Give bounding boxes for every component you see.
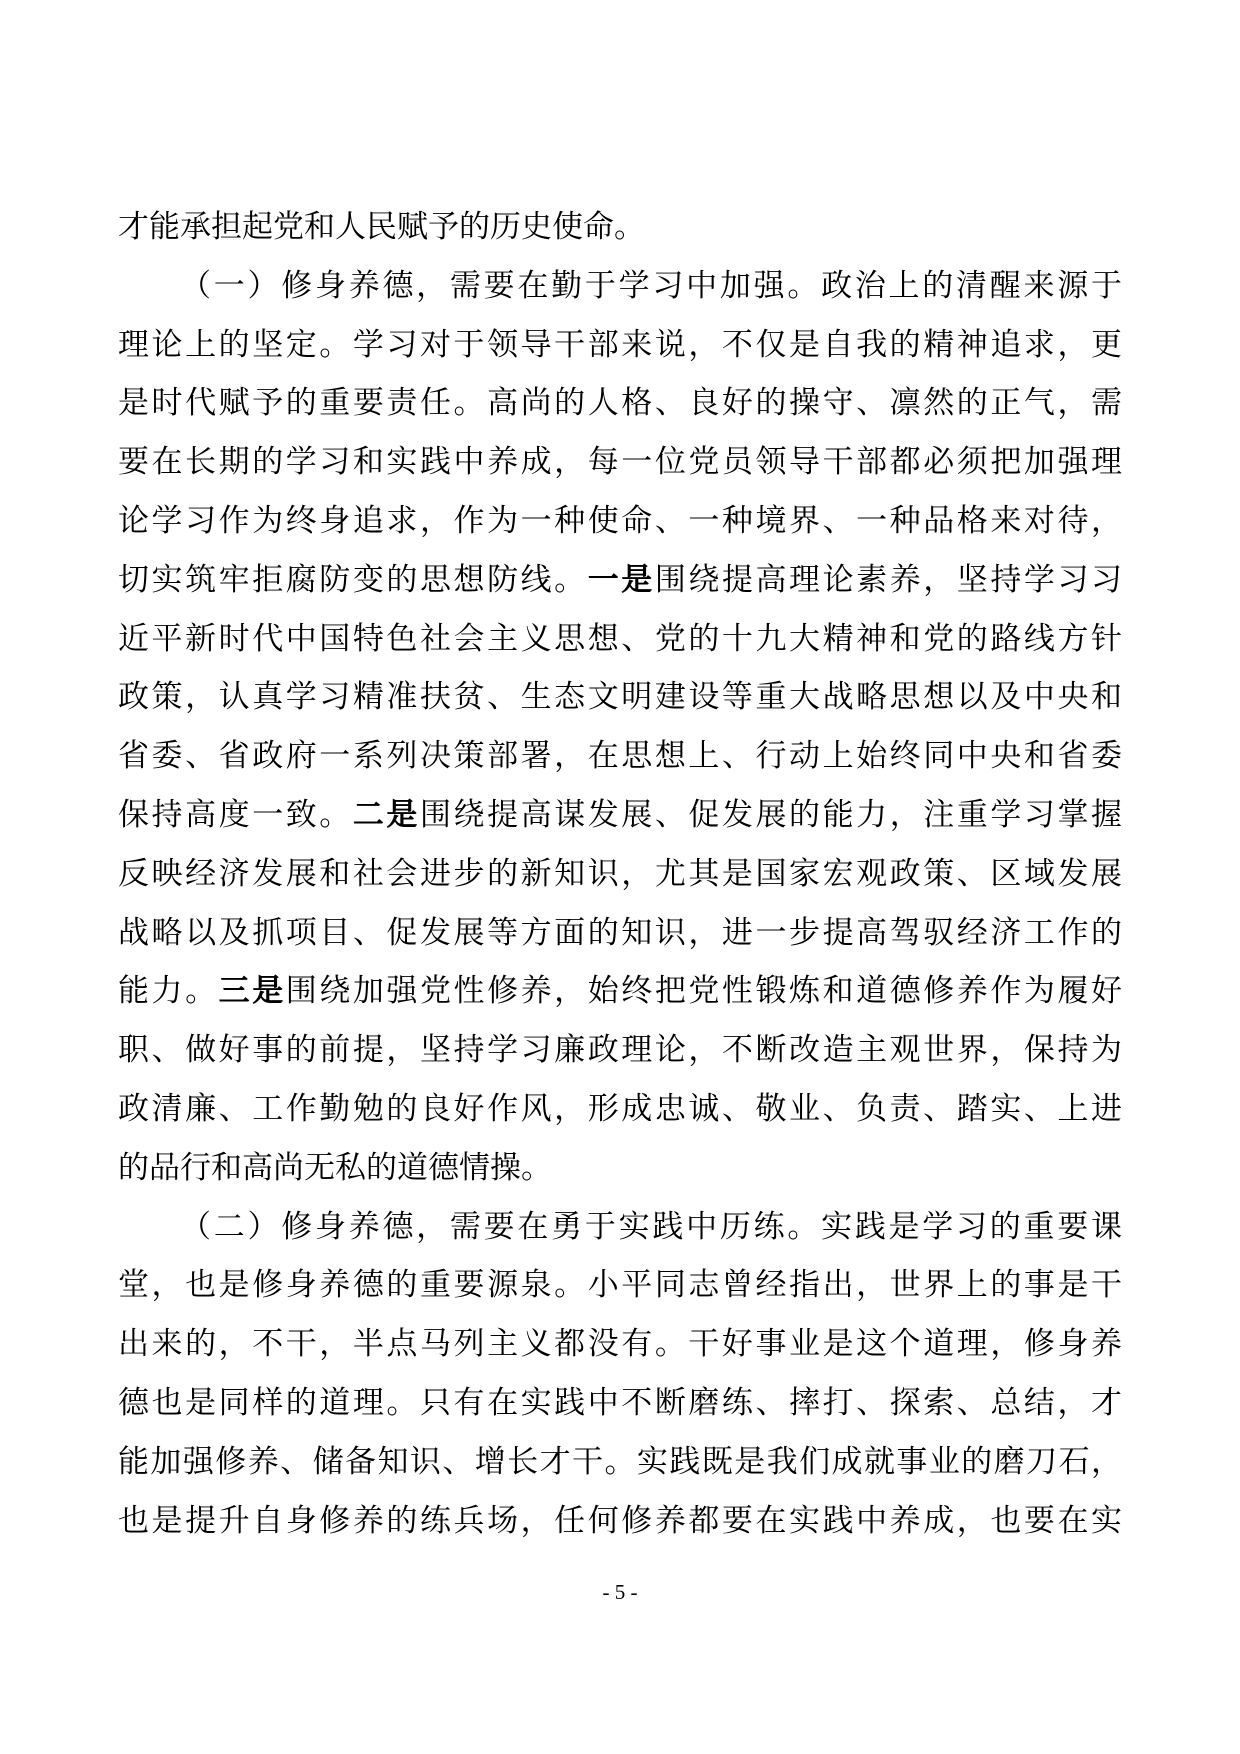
bold-run: 一是 [588, 562, 655, 597]
text-run: 围绕提高理论素养，坚持学习习 [655, 562, 1122, 597]
text-line: 能加强修养、储备知识、增长才干。实践既是我们成就事业的磨刀石， [118, 1433, 1122, 1492]
text-line: 政清廉、工作勤勉的良好作风，形成忠诚、敬业、负责、踏实、上进 [118, 1080, 1122, 1139]
text-line: （二）修身养德，需要在勇于实践中历练。实践是学习的重要课 [118, 1198, 1122, 1257]
text-line: 战略以及抓项目、促发展等方面的知识，进一步提高驾驭经济工作的 [118, 904, 1122, 963]
text-line: 论学习作为终身追求，作为一种使命、一种境界、一种品格来对待， [118, 492, 1122, 551]
bold-run: 三是 [219, 973, 286, 1008]
text-line: 政策，认真学习精准扶贫、生态文明建设等重大战略思想以及中央和 [118, 668, 1122, 727]
text-run: 围绕提高谋发展、促发展的能力，注重学习掌握 [420, 797, 1122, 832]
text-line: 切实筑牢拒腐防变的思想防线。一是围绕提高理论素养，坚持学习习 [118, 551, 1122, 610]
text-run: 切实筑牢拒腐防变的思想防线。 [118, 562, 588, 597]
text-line: 职、做好事的前提，坚持学习廉政理论，不断改造主观世界，保持为 [118, 1021, 1122, 1080]
text-line: 反映经济发展和社会进步的新知识，尤其是国家宏观政策、区域发展 [118, 845, 1122, 904]
text-line: 保持高度一致。二是围绕提高谋发展、促发展的能力，注重学习掌握 [118, 786, 1122, 845]
page-number: - 5 - [0, 1580, 1240, 1605]
text-line: 才能承担起党和人民赋予的历史使命。 [118, 198, 1122, 257]
text-line: 的品行和高尚无私的道德情操。 [118, 1139, 1122, 1198]
text-run: 保持高度一致。 [118, 797, 353, 832]
text-line: 近平新时代中国特色社会主义思想、党的十九大精神和党的路线方针 [118, 610, 1122, 669]
text-line: 能力。三是围绕加强党性修养，始终把党性锻炼和道德修养作为履好 [118, 962, 1122, 1021]
text-line: 德也是同样的道理。只有在实践中不断磨练、摔打、探索、总结，才 [118, 1374, 1122, 1433]
text-line: 堂，也是修身养德的重要源泉。小平同志曾经指出，世界上的事是干 [118, 1256, 1122, 1315]
bold-run: 二是 [353, 797, 420, 832]
text-line: 要在长期的学习和实践中养成，每一位党员领导干部都必须把加强理 [118, 433, 1122, 492]
document-body: 才能承担起党和人民赋予的历史使命。 （一）修身养德，需要在勤于学习中加强。政治上… [118, 198, 1122, 1550]
text-line: 省委、省政府一系列决策部署，在思想上、行动上始终同中央和省委 [118, 727, 1122, 786]
text-line: 也是提升自身修养的练兵场，任何修养都要在实践中养成，也要在实 [118, 1492, 1122, 1551]
text-line: 理论上的坚定。学习对于领导干部来说，不仅是自我的精神追求，更 [118, 316, 1122, 375]
text-line: 出来的，不干，半点马列主义都没有。干好事业是这个道理，修身养 [118, 1315, 1122, 1374]
text-run: 围绕加强党性修养，始终把党性锻炼和道德修养作为履好 [286, 973, 1122, 1008]
document-page: 才能承担起党和人民赋予的历史使命。 （一）修身养德，需要在勤于学习中加强。政治上… [0, 0, 1240, 1754]
text-line: （一）修身养德，需要在勤于学习中加强。政治上的清醒来源于 [118, 257, 1122, 316]
text-run: 能力。 [118, 973, 219, 1008]
text-line: 是时代赋予的重要责任。高尚的人格、良好的操守、凛然的正气，需 [118, 374, 1122, 433]
